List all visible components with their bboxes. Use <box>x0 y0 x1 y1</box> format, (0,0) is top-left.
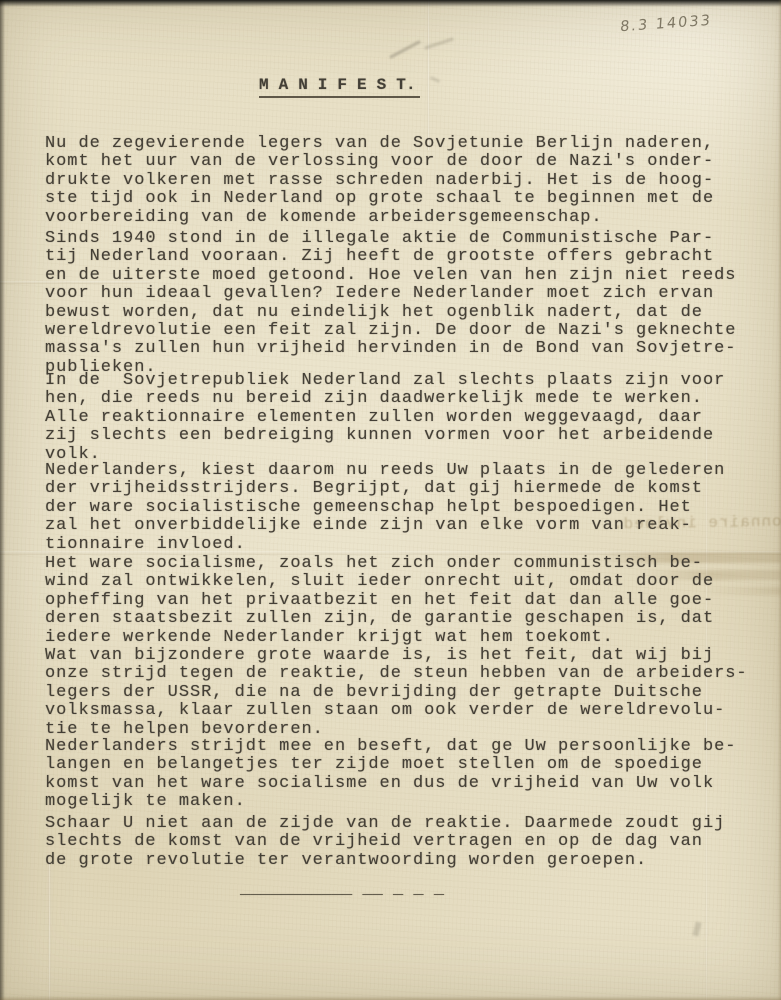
pencil-smudge <box>424 37 453 49</box>
handwritten-archival-note: 8.3 14033 <box>620 13 713 36</box>
paragraph-7: Nederlanders strijdt mee en beseft, dat … <box>45 738 736 812</box>
pencil-smudge <box>389 40 420 59</box>
paragraph-8: Schaar U niet aan de zijde van de reakti… <box>45 815 725 870</box>
scanned-manifest-page: 8.3 14033 M A N I F E S T. Nu de zegevie… <box>0 0 781 1000</box>
pencil-smudge <box>430 76 440 83</box>
fold-crease-top-center <box>427 0 430 150</box>
pencil-smudge <box>692 921 701 936</box>
paragraph-4: Nederlanders, kiest daarom nu reeds Uw p… <box>45 462 725 554</box>
paragraph-1: Nu de zegevierende legers van de Sovjetu… <box>45 135 714 227</box>
scan-edge-bottom <box>0 996 781 1000</box>
paragraph-3: In de Sovjetrepubliek Nederland zal slec… <box>45 372 725 464</box>
paragraph-5: Het ware socialisme, zoals het zich onde… <box>45 555 714 647</box>
paragraph-2: Sinds 1940 stond in de illegale aktie de… <box>45 230 736 377</box>
typed-divider-rule: ___________ __ _ _ _ <box>240 880 444 899</box>
scan-edge-top <box>0 0 781 7</box>
fold-crease-bottom-left <box>48 862 51 1000</box>
document-title: M A N I F E S T. <box>259 76 420 98</box>
scan-edge-left <box>0 0 5 1000</box>
paragraph-6: Wat van bijzondere grote waarde is, is h… <box>45 647 748 739</box>
